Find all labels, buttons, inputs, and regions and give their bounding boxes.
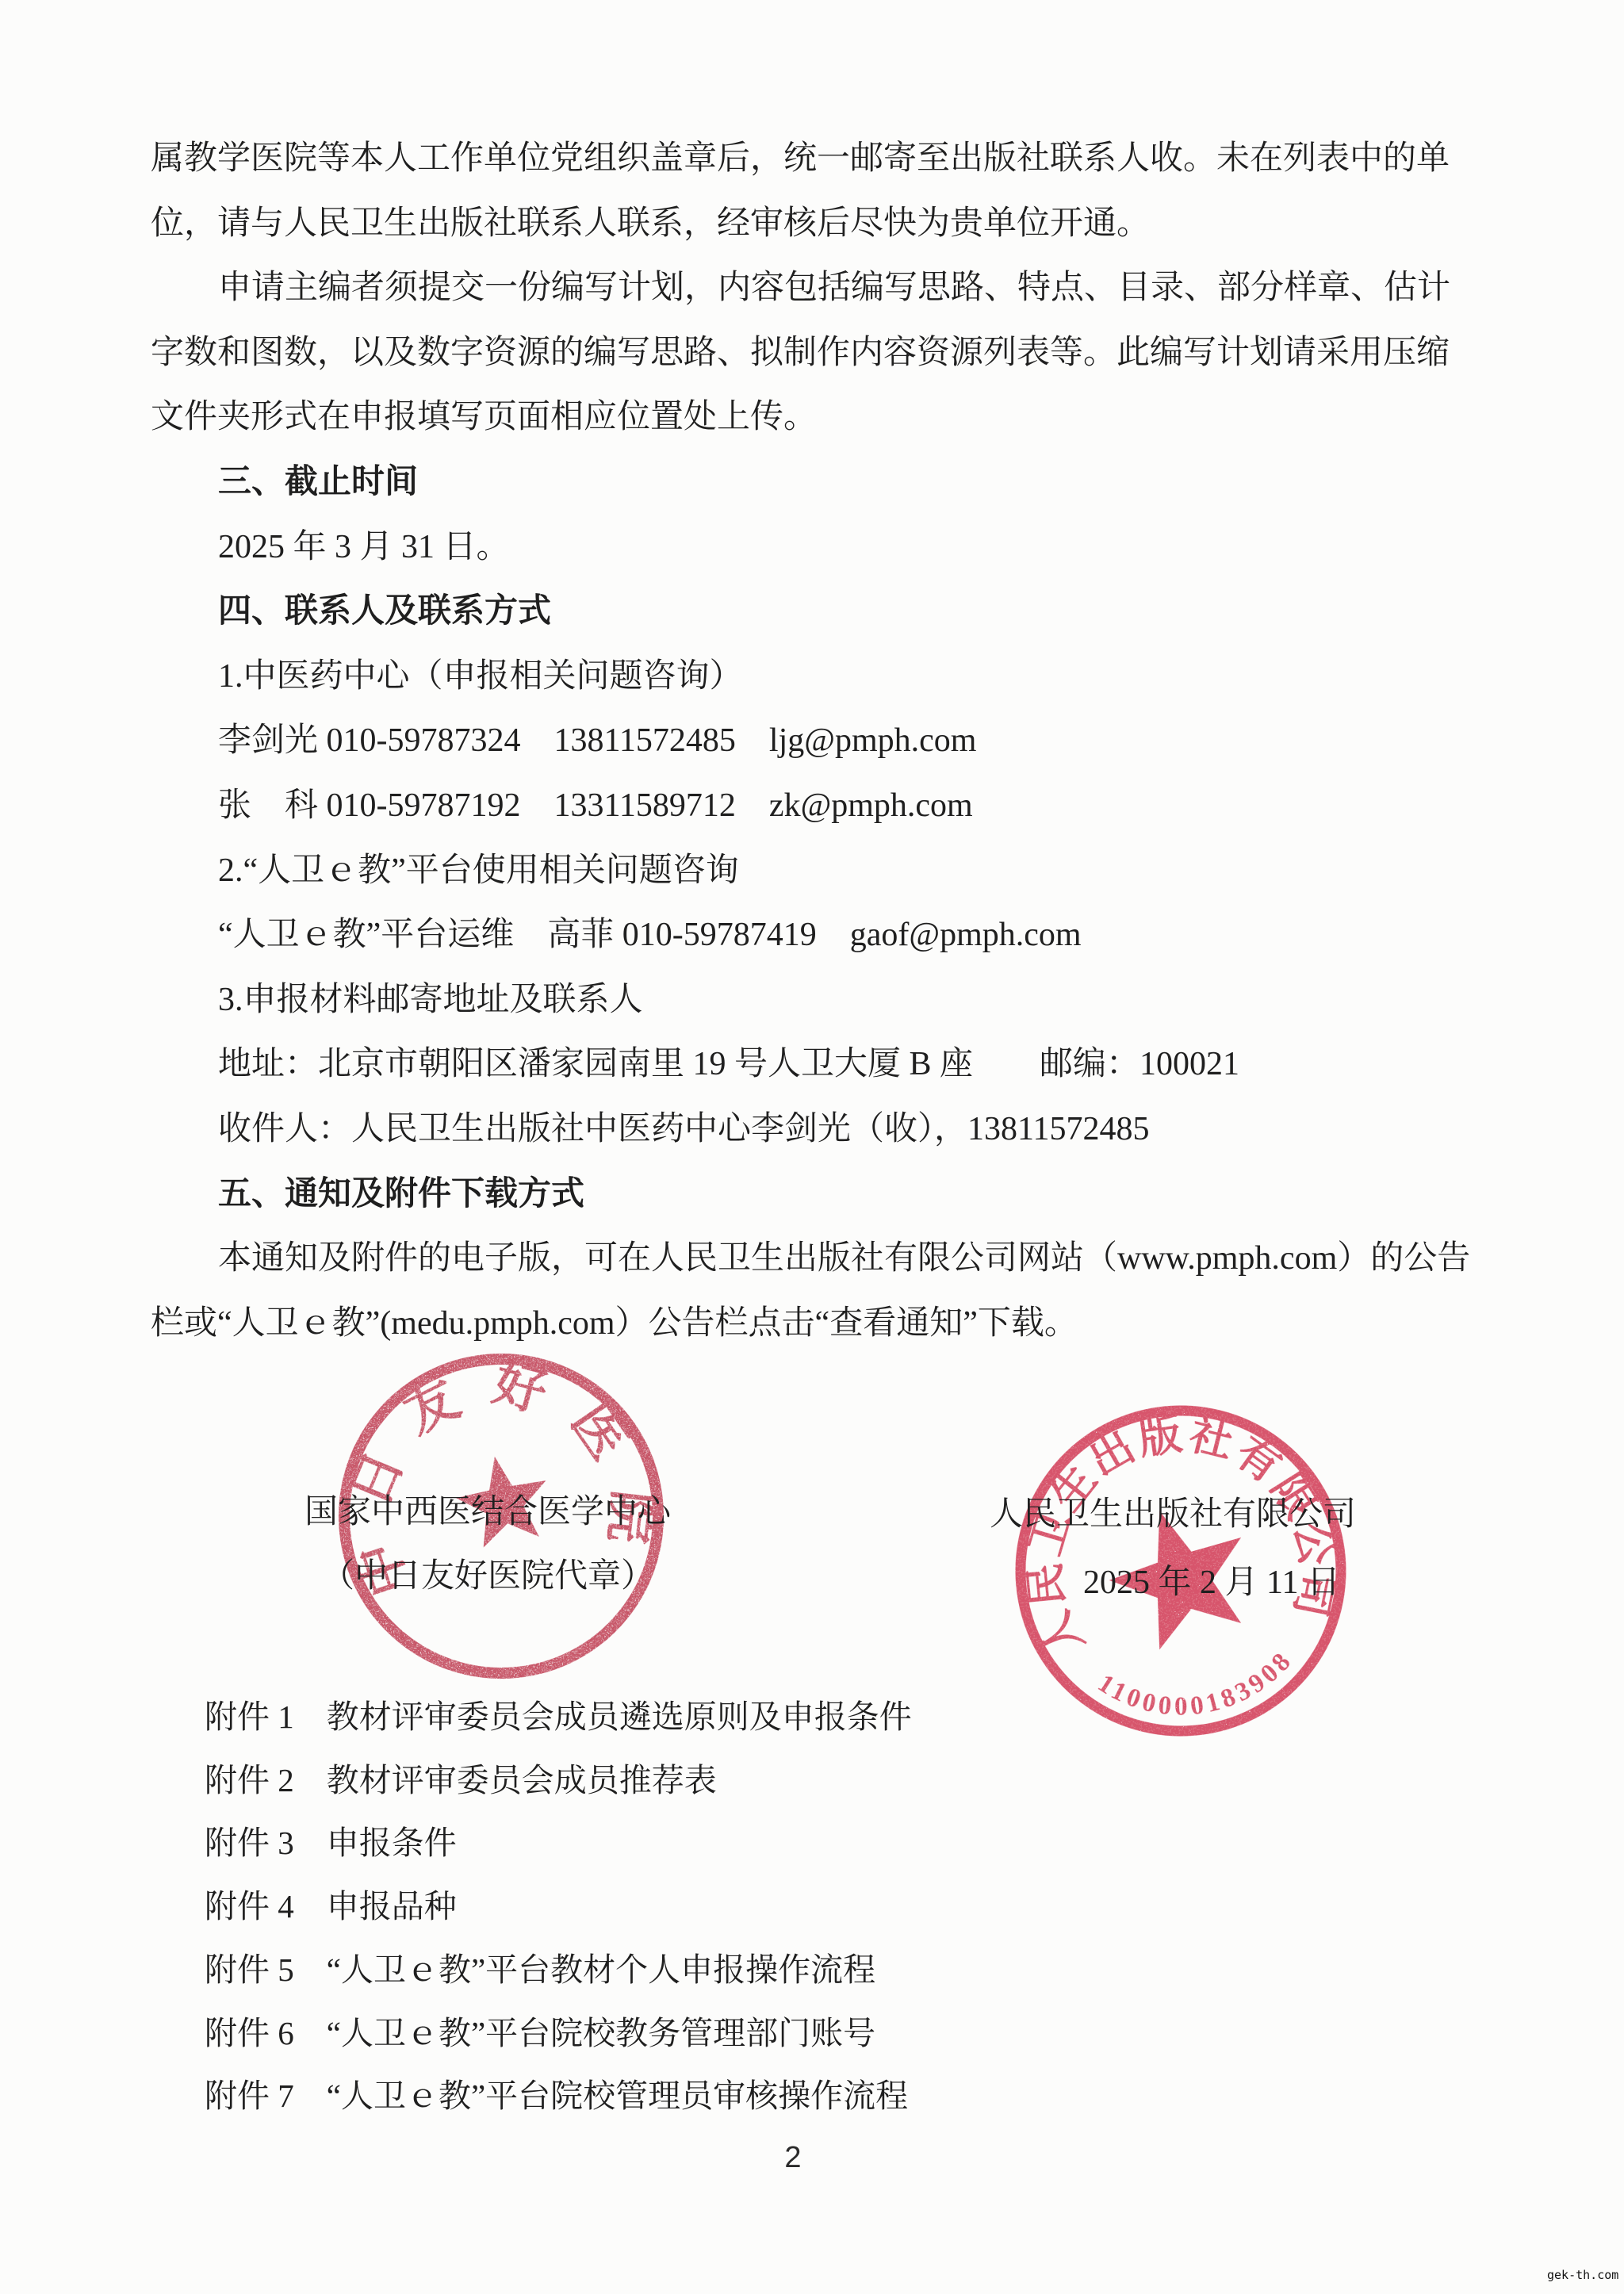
- attachment-item-6: 附件 6 “人卫ｅ教”平台院校教务管理部门账号: [205, 2002, 912, 2066]
- contact-group-3-title: 3.申报材料邮寄地址及联系人: [151, 968, 1491, 1033]
- mail-recipient: 收件人：人民卫生出版社中医药中心李剑光（收），13811572485: [151, 1097, 1491, 1162]
- section-heading-download: 五、通知及附件下载方式: [151, 1162, 1491, 1227]
- section-heading-contacts: 四、联系人及联系方式: [151, 580, 1491, 645]
- signature-left-org: 国家中西医结合医学中心: [304, 1496, 671, 1529]
- attachment-item-7: 附件 7 “人卫ｅ教”平台院校管理员审核操作流程: [205, 2065, 912, 2128]
- watermark: gek-th.com: [1547, 2268, 1618, 2282]
- attachment-item-4: 附件 4 申报品种: [205, 1875, 912, 1939]
- document-page: 属教学医院等本人工作单位党组织盖章后，统一邮寄至出版社联系人收。未在列表中的单 …: [0, 0, 1624, 2294]
- text-line: 申请主编者须提交一份编写计划，内容包括编写思路、特点、目录、部分样章、估计: [151, 256, 1491, 321]
- mailing-address: 地址：北京市朝阳区潘家园南里 19 号人卫大厦 B 座 邮编：100021: [151, 1032, 1491, 1097]
- contact-group-2-title: 2.“人卫ｅ教”平台使用相关问题咨询: [151, 839, 1491, 904]
- signature-right-org: 人民卫生出版社有限公司: [990, 1498, 1356, 1531]
- contact-group-1-title: 1.中医药中心（申报相关问题咨询）: [151, 645, 1491, 710]
- attachment-item-3: 附件 3 申报条件: [205, 1812, 912, 1875]
- signature-left-note: （中日友好医院代章）: [304, 1560, 671, 1593]
- contact-row-gao-fei: “人卫ｅ教”平台运维 高菲 010-59787419 gaof@pmph.com: [151, 903, 1491, 968]
- deadline-date: 2025 年 3 月 31 日。: [151, 515, 1491, 580]
- text-line: 栏或“人卫ｅ教”(medu.pmph.com）公告栏点击“查看通知”下载。: [151, 1292, 1491, 1357]
- section-heading-deadline: 三、截止时间: [151, 450, 1491, 515]
- text-line: 位，请与人民卫生出版社联系人联系，经审核后尽快为贵单位开通。: [151, 192, 1491, 257]
- attachment-item-1: 附件 1 教材评审委员会成员遴选原则及申报条件: [205, 1686, 912, 1749]
- body-text: 属教学医院等本人工作单位党组织盖章后，统一邮寄至出版社联系人收。未在列表中的单 …: [151, 127, 1491, 1356]
- signature-right-date: 2025 年 2 月 11 日: [1083, 1566, 1340, 1599]
- text-line: 属教学医院等本人工作单位党组织盖章后，统一邮寄至出版社联系人收。未在列表中的单: [151, 127, 1491, 192]
- text-line: 文件夹形式在申报填写页面相应位置处上传。: [151, 385, 1491, 450]
- attachment-item-5: 附件 5 “人卫ｅ教”平台教材个人申报操作流程: [205, 1939, 912, 2002]
- attachment-item-2: 附件 2 教材评审委员会成员推荐表: [205, 1749, 912, 1813]
- attachment-list: 附件 1 教材评审委员会成员遴选原则及申报条件 附件 2 教材评审委员会成员推荐…: [205, 1686, 912, 2128]
- contact-row-li-jianguang: 李剑光 010-59787324 13811572485 ljg@pmph.co…: [151, 709, 1491, 774]
- contact-row-zhang-ke: 张 科 010-59787192 13311589712 zk@pmph.com: [151, 774, 1491, 839]
- text-line: 本通知及附件的电子版，可在人民卫生出版社有限公司网站（www.pmph.com）…: [151, 1227, 1491, 1292]
- page-number: 2: [753, 2141, 833, 2175]
- text-line: 字数和图数，以及数字资源的编写思路、拟制作内容资源列表等。此编写计划请采用压缩: [151, 321, 1491, 386]
